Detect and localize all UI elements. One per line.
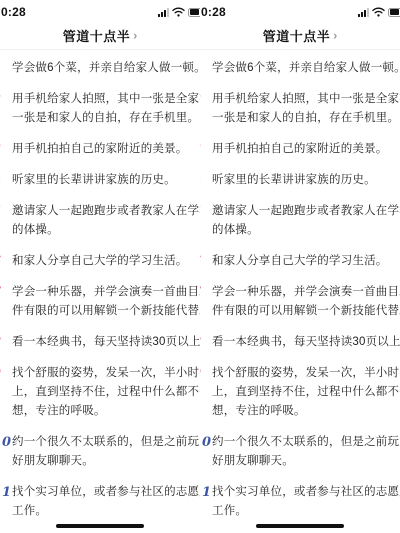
status-bar: 0:28 xyxy=(200,0,400,22)
battery-icon xyxy=(188,8,200,17)
list-item: 8看一本经典书，每天坚持读30页以上。 xyxy=(200,333,400,352)
item-number: 3 xyxy=(0,142,1,157)
list-item: 11找个实习单位，或者参与社区的志愿服务工作。 xyxy=(200,483,400,521)
page-title: 管道十点半 xyxy=(263,26,331,45)
item-line: 用手机拍拍自己的家附近的美景。 xyxy=(212,140,400,159)
item-line: 好朋友聊聊天。 xyxy=(212,452,400,471)
list-item: 9找个舒服的姿势，发呆一次，半小时以上，直到坚持不住，过程中什么都不要想，专注的… xyxy=(0,364,200,421)
list-item: 8看一本经典书，每天坚持读30页以上。 xyxy=(0,333,200,352)
list-item: 9找个舒服的姿势，发呆一次，半小时以上，直到坚持不住，过程中什么都不要想，专注的… xyxy=(200,364,400,421)
cellular-signal-icon xyxy=(158,8,169,17)
item-line: 的体操。 xyxy=(212,221,400,240)
item-line: 工作。 xyxy=(12,502,200,521)
item-number: 8 xyxy=(200,335,201,350)
item-number: 10 xyxy=(200,435,211,450)
home-indicator[interactable] xyxy=(256,524,344,528)
item-line: 邀请家人一起跑跑步或者教家人在学校学 xyxy=(12,202,200,221)
screenshot-pair: 0:28 管道十点半 › 1学会做6个菜，并亲自给家人做一顿。2用手机给 xyxy=(0,0,400,533)
item-number: 4 xyxy=(200,173,201,188)
home-indicator[interactable] xyxy=(56,524,144,528)
item-line: 看一本经典书，每天坚持读30页以上。 xyxy=(12,333,200,352)
status-icons xyxy=(158,7,200,17)
item-number: 3 xyxy=(200,142,201,157)
item-number: 1 xyxy=(200,61,201,76)
item-number: 7 xyxy=(200,285,201,300)
list-item: 10约一个很久不太联系的，但是之前玩的很好朋友聊聊天。 xyxy=(200,433,400,471)
item-line: 邀请家人一起跑跑步或者教家人在学校学 xyxy=(212,202,400,221)
item-line: 约一个很久不太联系的，但是之前玩的很 xyxy=(212,433,400,452)
list-item: 3用手机拍拍自己的家附近的美景。 xyxy=(0,140,200,159)
navbar[interactable]: 管道十点半 › xyxy=(0,22,200,50)
wifi-icon xyxy=(372,7,385,17)
list-item: 7学会一种乐器，并学会演奏一首曲目。条件有限的可以用解锁一个新技能代替。 xyxy=(0,283,200,321)
item-line: 工作。 xyxy=(212,502,400,521)
item-line: 件有限的可以用解锁一个新技能代替。 xyxy=(12,302,200,321)
status-time: 0:28 xyxy=(1,5,26,19)
chevron-right-icon: › xyxy=(133,28,137,42)
item-line: 听家里的长辈讲讲家族的历史。 xyxy=(212,171,400,190)
phone-screenshot-right: 0:28 管道十点半 › 1学会做6个菜，并亲自给家人做一顿。2用手机给 xyxy=(200,0,400,533)
status-icons xyxy=(358,7,400,17)
item-line: 上，直到坚持不住，过程中什么都不要 xyxy=(212,383,400,402)
list-item: 11找个实习单位，或者参与社区的志愿服务工作。 xyxy=(0,483,200,521)
item-line: 想，专注的呼吸。 xyxy=(12,402,200,421)
item-line: 件有限的可以用解锁一个新技能代替。 xyxy=(212,302,400,321)
item-line: 好朋友聊聊天。 xyxy=(12,452,200,471)
item-line: 想，专注的呼吸。 xyxy=(212,402,400,421)
status-time: 0:28 xyxy=(201,5,226,19)
item-line: 约一个很久不太联系的，但是之前玩的很 xyxy=(12,433,200,452)
item-number: 2 xyxy=(200,92,201,107)
item-line: 上，直到坚持不住，过程中什么都不要 xyxy=(12,383,200,402)
item-line: 找个舒服的姿势，发呆一次，半小时以 xyxy=(12,364,200,383)
item-number: 5 xyxy=(0,204,1,219)
list-item: 4听家里的长辈讲讲家族的历史。 xyxy=(200,171,400,190)
checklist: 1学会做6个菜，并亲自给家人做一顿。2用手机给家人拍照，其中一张是全家福，一张是… xyxy=(200,50,400,521)
item-line: 用手机给家人拍照，其中一张是全家福， xyxy=(212,90,400,109)
list-item: 6和家人分享自己大学的学习生活。 xyxy=(0,252,200,271)
list-item: 6和家人分享自己大学的学习生活。 xyxy=(200,252,400,271)
item-number: 4 xyxy=(0,173,1,188)
item-line: 和家人分享自己大学的学习生活。 xyxy=(212,252,400,271)
list-item: 2用手机给家人拍照，其中一张是全家福，一张是和家人的自拍，存在手机里。 xyxy=(0,90,200,128)
item-number: 9 xyxy=(200,366,201,381)
list-item: 2用手机给家人拍照，其中一张是全家福，一张是和家人的自拍，存在手机里。 xyxy=(200,90,400,128)
page-title: 管道十点半 xyxy=(63,26,131,45)
item-number: 9 xyxy=(0,366,1,381)
list-item: 5邀请家人一起跑跑步或者教家人在学校学的体操。 xyxy=(0,202,200,240)
item-line: 找个舒服的姿势，发呆一次，半小时以 xyxy=(212,364,400,383)
item-line: 学会做6个菜，并亲自给家人做一顿。 xyxy=(12,59,200,78)
item-line: 学会一种乐器，并学会演奏一首曲目。条 xyxy=(12,283,200,302)
checklist: 1学会做6个菜，并亲自给家人做一顿。2用手机给家人拍照，其中一张是全家福，一张是… xyxy=(0,50,200,521)
item-number: 8 xyxy=(0,335,1,350)
item-line: 的体操。 xyxy=(12,221,200,240)
item-number: 2 xyxy=(0,92,1,107)
cellular-signal-icon xyxy=(358,8,369,17)
wifi-icon xyxy=(172,7,185,17)
item-number: 6 xyxy=(0,254,1,269)
item-number: 1 xyxy=(0,61,1,76)
item-line: 和家人分享自己大学的学习生活。 xyxy=(12,252,200,271)
item-line: 一张是和家人的自拍，存在手机里。 xyxy=(12,109,200,128)
chevron-right-icon: › xyxy=(333,28,337,42)
item-line: 用手机拍拍自己的家附近的美景。 xyxy=(12,140,200,159)
phone-screenshot-left: 0:28 管道十点半 › 1学会做6个菜，并亲自给家人做一顿。2用手机给 xyxy=(0,0,200,533)
status-bar: 0:28 xyxy=(0,0,200,22)
list-item: 10约一个很久不太联系的，但是之前玩的很好朋友聊聊天。 xyxy=(0,433,200,471)
list-item: 1学会做6个菜，并亲自给家人做一顿。 xyxy=(0,59,200,78)
battery-icon xyxy=(388,8,400,17)
item-line: 学会一种乐器，并学会演奏一首曲目。条 xyxy=(212,283,400,302)
item-number: 6 xyxy=(200,254,201,269)
list-item: 3用手机拍拍自己的家附近的美景。 xyxy=(200,140,400,159)
item-line: 看一本经典书，每天坚持读30页以上。 xyxy=(212,333,400,352)
item-number: 11 xyxy=(0,485,11,500)
item-line: 学会做6个菜，并亲自给家人做一顿。 xyxy=(212,59,400,78)
navbar[interactable]: 管道十点半 › xyxy=(200,22,400,50)
item-number: 5 xyxy=(200,204,201,219)
list-item: 4听家里的长辈讲讲家族的历史。 xyxy=(0,171,200,190)
item-number: 10 xyxy=(0,435,11,450)
item-line: 用手机给家人拍照，其中一张是全家福， xyxy=(12,90,200,109)
item-line: 找个实习单位，或者参与社区的志愿服务 xyxy=(12,483,200,502)
item-line: 听家里的长辈讲讲家族的历史。 xyxy=(12,171,200,190)
list-item: 7学会一种乐器，并学会演奏一首曲目。条件有限的可以用解锁一个新技能代替。 xyxy=(200,283,400,321)
list-item: 1学会做6个菜，并亲自给家人做一顿。 xyxy=(200,59,400,78)
item-line: 一张是和家人的自拍，存在手机里。 xyxy=(212,109,400,128)
item-line: 找个实习单位，或者参与社区的志愿服务 xyxy=(212,483,400,502)
item-number: 11 xyxy=(200,485,211,500)
item-number: 7 xyxy=(0,285,1,300)
list-item: 5邀请家人一起跑跑步或者教家人在学校学的体操。 xyxy=(200,202,400,240)
